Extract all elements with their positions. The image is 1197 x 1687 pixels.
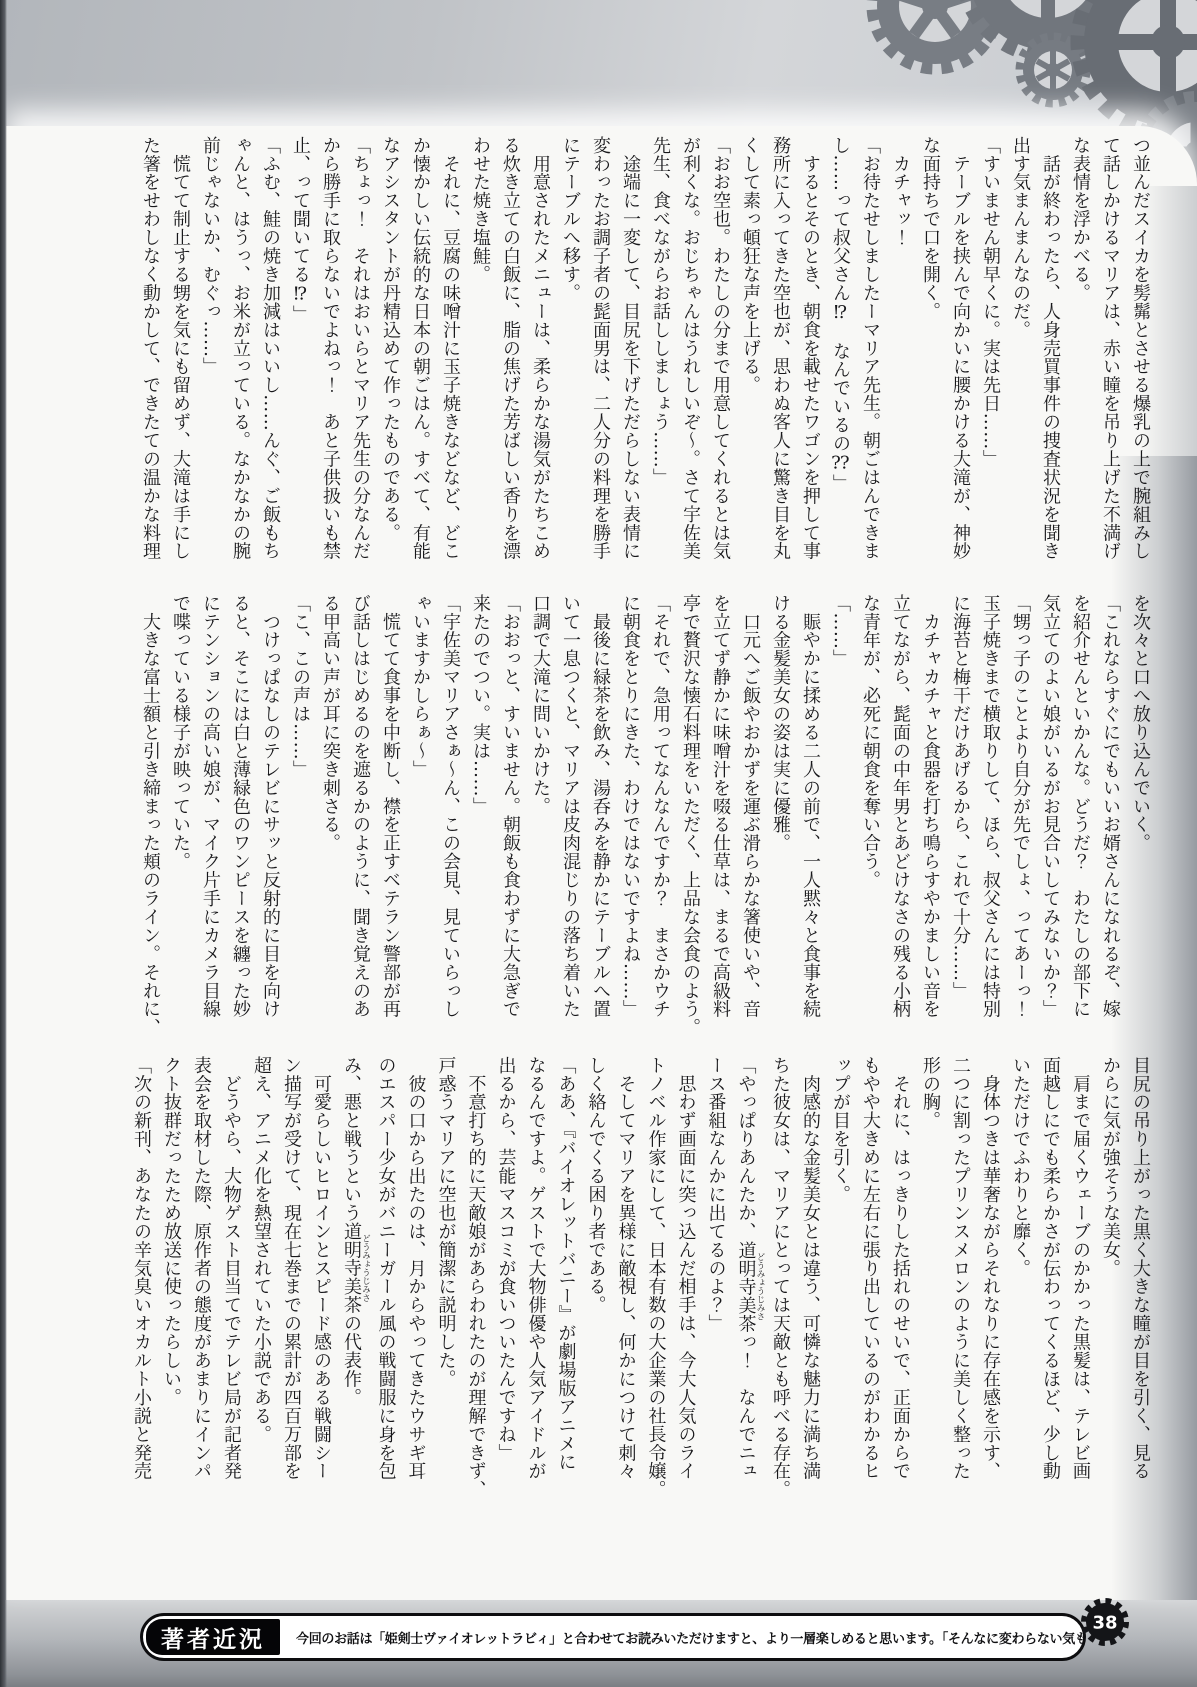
text-column: 話が終わったら、人身売買事件の捜査状況を聞き bbox=[1035, 136, 1065, 588]
text-column: のエスパー少女がバニーガール風の戦闘服に身を包 bbox=[371, 1056, 401, 1508]
text-column: そしてマリアを異様に敵視し、何かにつけて刺々 bbox=[611, 1056, 641, 1508]
text-column: 不意打ち的に天敵娘があらわれたのが理解できず、 bbox=[461, 1056, 491, 1508]
text-column: 慌てて食事を中断し、襟を正すベテラン警部が再 bbox=[375, 594, 405, 1046]
text-column: 可愛らしいヒロインとスピード感のある戦闘シー bbox=[306, 1056, 336, 1508]
author-note-bar: 著者近況 今回のお話は「姫剣士ヴァイオレットラビィ」と合わせてお読みいただけます… bbox=[140, 1613, 1086, 1661]
text-column: を立てず静かに味噌汁を啜る仕草は、まるで高級料 bbox=[705, 594, 735, 1046]
text-column: もやや大きめに左右に張り出しているのがわかるヒ bbox=[855, 1056, 885, 1508]
text-column: 彼の口から出たのは、月からやってきたウサギ耳 bbox=[401, 1056, 431, 1508]
text-column: 務所に入ってきた空也が、思わぬ客人に驚き目を丸 bbox=[765, 136, 795, 588]
text-column: 出す気まんまんなのだ。 bbox=[1005, 136, 1035, 588]
text-column: カチャッ！ bbox=[885, 136, 915, 588]
text-column: 面越しにでも柔らかさが伝わってくるほど、少し動 bbox=[1035, 1056, 1065, 1508]
text-column: カチャカチャと食器を打ち鳴らすやかましい音を bbox=[915, 594, 945, 1046]
text-column: 「ああ、『バイオレットバニー』が劇場版アニメに bbox=[551, 1056, 581, 1508]
text-column: 「すいません朝早くに。実は先日……」 bbox=[975, 136, 1005, 588]
text-column: し……って叔父さん⁉ なんでいるの⁇」 bbox=[825, 136, 855, 588]
text-column: で喋っている様子が映っていた。 bbox=[165, 594, 195, 1046]
text-column: 「これならすぐにでもいいお婿さんになれるぞ、嫁 bbox=[1095, 594, 1125, 1046]
text-column: ゃいますかしらぁ〜」 bbox=[405, 594, 435, 1046]
text-column: 「次の新刊、あなたの辛気臭いオカルト小説と発売 bbox=[126, 1056, 156, 1508]
text-column: た箸をせわしなく動かして、できたての温かな料理 bbox=[135, 136, 165, 588]
text-column: 出るから、芸能マスコミが食いついたんですね」 bbox=[491, 1056, 521, 1508]
text-column: 「それで、急用ってなんなんですか？ まさかウチ bbox=[645, 594, 675, 1046]
text-column: び話しはじめるのを遮るかのように、聞き覚えのあ bbox=[345, 594, 375, 1046]
text-column: 「おお空也。わたしの分まで用意してくれるとは気 bbox=[705, 136, 735, 588]
text-column: 口調で大滝に問いかけた。 bbox=[525, 594, 555, 1046]
text-column: トノベル作家にして、日本有数の大企業の社長令嬢。 bbox=[641, 1056, 671, 1508]
text-column: 賑やかに揉める二人の前で、一人黙々と食事を続 bbox=[795, 594, 825, 1046]
scanned-novel-page: つ並んだスイカを髣髴とさせる爆乳の上で腕組みして話しかけるマリアは、赤い瞳を吊り… bbox=[0, 0, 1197, 1687]
text-column: いて一息つくと、マリアは皮肉混じりの落ち着いた bbox=[555, 594, 585, 1046]
text-column: 気立てのよい娘がいるがお見合いしてみないか？」 bbox=[1035, 594, 1065, 1046]
text-column: る甲高い声が耳に突き刺さる。 bbox=[315, 594, 345, 1046]
text-column: なアシスタントが丹精込めて作ったものである。 bbox=[375, 136, 405, 588]
text-column: み、悪と戦うという道明寺美茶どうみょうじみさの代表作。 bbox=[336, 1056, 371, 1508]
text-column: いただけでふわりと靡く。 bbox=[1005, 1056, 1035, 1508]
text-column: る炊き立ての白飯に、脂の焦げた芳ばしい香りを漂 bbox=[495, 136, 525, 588]
text-column: わせた焼き塩鮭。 bbox=[465, 136, 495, 588]
author-note-text: 今回のお話は「姫剣士ヴァイオレットラビィ」と合わせてお読みいただけますと、より一… bbox=[280, 1628, 1086, 1647]
text-column: を次々と口へ放り込んでいく。 bbox=[1125, 594, 1155, 1046]
text-column: それに、豆腐の味噌汁に玉子焼きなどなど、どこ bbox=[435, 136, 465, 588]
text-column: 肉感的な金髪美女とは違う、可憐な魅力に満ち満 bbox=[795, 1056, 825, 1508]
text-column: ース番組なんかに出てるのよ？」 bbox=[701, 1056, 731, 1508]
text-column: 途端に一変して、目尻を下げただらしない表情に bbox=[615, 136, 645, 588]
text-column: 肩まで届くウェーブのかかった黒髪は、テレビ画 bbox=[1065, 1056, 1095, 1508]
text-column: 止、って聞いてる⁉」 bbox=[285, 136, 315, 588]
text-column: な表情を浮かべる。 bbox=[1065, 136, 1095, 588]
text-column: テーブルを挟んで向かいに腰かける大滝が、神妙 bbox=[945, 136, 975, 588]
text-column: 目尻の吊り上がった黒く大きな瞳が目を引く、見る bbox=[1125, 1056, 1155, 1508]
text-column: 先生、食べながらお話ししましょう……」 bbox=[645, 136, 675, 588]
text-band-top: つ並んだスイカを髣髴とさせる爆乳の上で腕組みして話しかけるマリアは、赤い瞳を吊り… bbox=[135, 136, 1155, 588]
author-note-label: 著者近況 bbox=[146, 1619, 280, 1655]
text-column: 「お待たせしましたーマリア先生。朝ごはんできま bbox=[855, 136, 885, 588]
text-column: 口元へご飯やおかずを運ぶ滑らかな箸使いや、音 bbox=[735, 594, 765, 1046]
text-column: な青年が、必死に朝食を奪い合う。 bbox=[855, 594, 885, 1046]
text-column: 身体つきは華奢ながらそれなりに存在感を示す、 bbox=[975, 1056, 1005, 1508]
text-column: か懐かしい伝統的な日本の朝ごはん。すべて、有能 bbox=[405, 136, 435, 588]
text-column: ける金髪美女の姿は実に優雅。 bbox=[765, 594, 795, 1046]
text-column: つ並んだスイカを髣髴とさせる爆乳の上で腕組みし bbox=[1125, 136, 1155, 588]
text-column: 最後に緑茶を飲み、湯呑みを静かにテーブルへ置 bbox=[585, 594, 615, 1046]
text-column: つけっぱなしのテレビにサッと反射的に目を向け bbox=[255, 594, 285, 1046]
scan-left-edge bbox=[0, 0, 7, 1687]
text-column: 前じゃないか、むぐっ……」 bbox=[195, 136, 225, 588]
text-column: 立てながら、髭面の中年男とあどけなさの残る小柄 bbox=[885, 594, 915, 1046]
text-column: 二つに割ったプリンスメロンのように美しく整った bbox=[945, 1056, 975, 1508]
text-column: を紹介せんといかんな。どうだ？ わたしの部下に bbox=[1065, 594, 1095, 1046]
text-column: クト抜群だったため放送に使ったらしい。 bbox=[156, 1056, 186, 1508]
text-column: 「やっぱりあんたか、道明寺美茶どうみょうじみさっ！ なんでニュ bbox=[731, 1056, 766, 1508]
text-column: 超え、アニメ化を熱望されていた小説である。 bbox=[246, 1056, 276, 1508]
page-number-gear-icon: 38 bbox=[1080, 1597, 1130, 1647]
text-column: 「ちょっ！ それはおいらとマリア先生の分なんだ bbox=[345, 136, 375, 588]
text-column: からに気が強そうな美女。 bbox=[1095, 1056, 1125, 1508]
text-column: て話しかけるマリアは、赤い瞳を吊り上げた不満げ bbox=[1095, 136, 1125, 588]
text-column: なるんですよ。ゲストで大物俳優や人気アイドルが bbox=[521, 1056, 551, 1508]
text-column: にテンションの高い娘が、マイク片手にカメラ目線 bbox=[195, 594, 225, 1046]
text-column: 用意されたメニューは、柔らかな湯気がたちこめ bbox=[525, 136, 555, 588]
text-column: 「……」 bbox=[825, 594, 855, 1046]
text-column: に朝食をとりにきた、わけではないですよね……」 bbox=[615, 594, 645, 1046]
text-column: に海苔と梅干だけあげるから、これで十分……」 bbox=[945, 594, 975, 1046]
text-column: 「こ、この声は……」 bbox=[285, 594, 315, 1046]
text-column: 亭で贅沢な懐石料理をいただく、上品な会食のよう。 bbox=[675, 594, 705, 1046]
text-column: 思わず画面に突っ込んだ相手は、今大人気のライ bbox=[671, 1056, 701, 1508]
text-column: どうやら、大物ゲスト目当てでテレビ局が記者発 bbox=[216, 1056, 246, 1508]
text-column: な面持ちで口を開く。 bbox=[915, 136, 945, 588]
text-column: 表会を取材した際、原作者の態度があまりにインパ bbox=[186, 1056, 216, 1508]
text-column: 「おおっと、すいません。朝飯も食わずに大急ぎで bbox=[495, 594, 525, 1046]
text-column: ップが目を引く。 bbox=[825, 1056, 855, 1508]
text-band-bottom: 目尻の吊り上がった黒く大きな瞳が目を引く、見るからに気が強そうな美女。 肩まで届… bbox=[126, 1056, 1155, 1508]
text-column: しく絡んでくる困り者である。 bbox=[581, 1056, 611, 1508]
text-column: 慌てて制止する甥を気にも留めず、大滝は手にし bbox=[165, 136, 195, 588]
text-column: くして素っ頓狂な声を上げる。 bbox=[735, 136, 765, 588]
text-column: 「ふむ、鮭の焼き加減はいいし……んぐ、ご飯もち bbox=[255, 136, 285, 588]
text-column: ゃんと、はうっ、お米が立っている。なかなかの腕 bbox=[225, 136, 255, 588]
text-column: 来たのでつい。実は……」 bbox=[465, 594, 495, 1046]
text-column: 形の胸。 bbox=[915, 1056, 945, 1508]
text-column: ちた彼女は、マリアにとっては天敵とも呼べる存在。 bbox=[765, 1056, 795, 1508]
text-column: ると、そこには白と薄緑色のワンピースを纏った妙 bbox=[225, 594, 255, 1046]
text-column: ン描写が受けて、現在七巻までの累計が四百万部を bbox=[276, 1056, 306, 1508]
text-column: それに、はっきりした括れのせいで、正面からで bbox=[885, 1056, 915, 1508]
page-number: 38 bbox=[1092, 1613, 1117, 1634]
text-column: 玉子焼きまで横取りして、ほら、叔父さんには特別 bbox=[975, 594, 1005, 1046]
text-column: 「甥っ子のことより自分が先でしょ、ってあーっ！ bbox=[1005, 594, 1035, 1046]
text-column: が利くな。おじちゃんはうれしいぞ〜。さて宇佐美 bbox=[675, 136, 705, 588]
text-column: にテーブルへ移す。 bbox=[555, 136, 585, 588]
text-column: から勝手に取らないでよねっ！ あと子供扱いも禁 bbox=[315, 136, 345, 588]
text-column: 変わったお調子者の髭面男は、二人分の料理を勝手 bbox=[585, 136, 615, 588]
text-column: するとそのとき、朝食を載せたワゴンを押して事 bbox=[795, 136, 825, 588]
text-band-middle: を次々と口へ放り込んでいく。「これならすぐにでもいいお婿さんになれるぞ、嫁を紹介… bbox=[135, 594, 1155, 1046]
text-column: 戸惑うマリアに空也が簡潔に説明した。 bbox=[431, 1056, 461, 1508]
text-column: 大きな富士額と引き締まった頬のライン。それに、 bbox=[135, 594, 165, 1046]
text-column: 「宇佐美マリアさぁ〜ん、この会見、見ていらっし bbox=[435, 594, 465, 1046]
